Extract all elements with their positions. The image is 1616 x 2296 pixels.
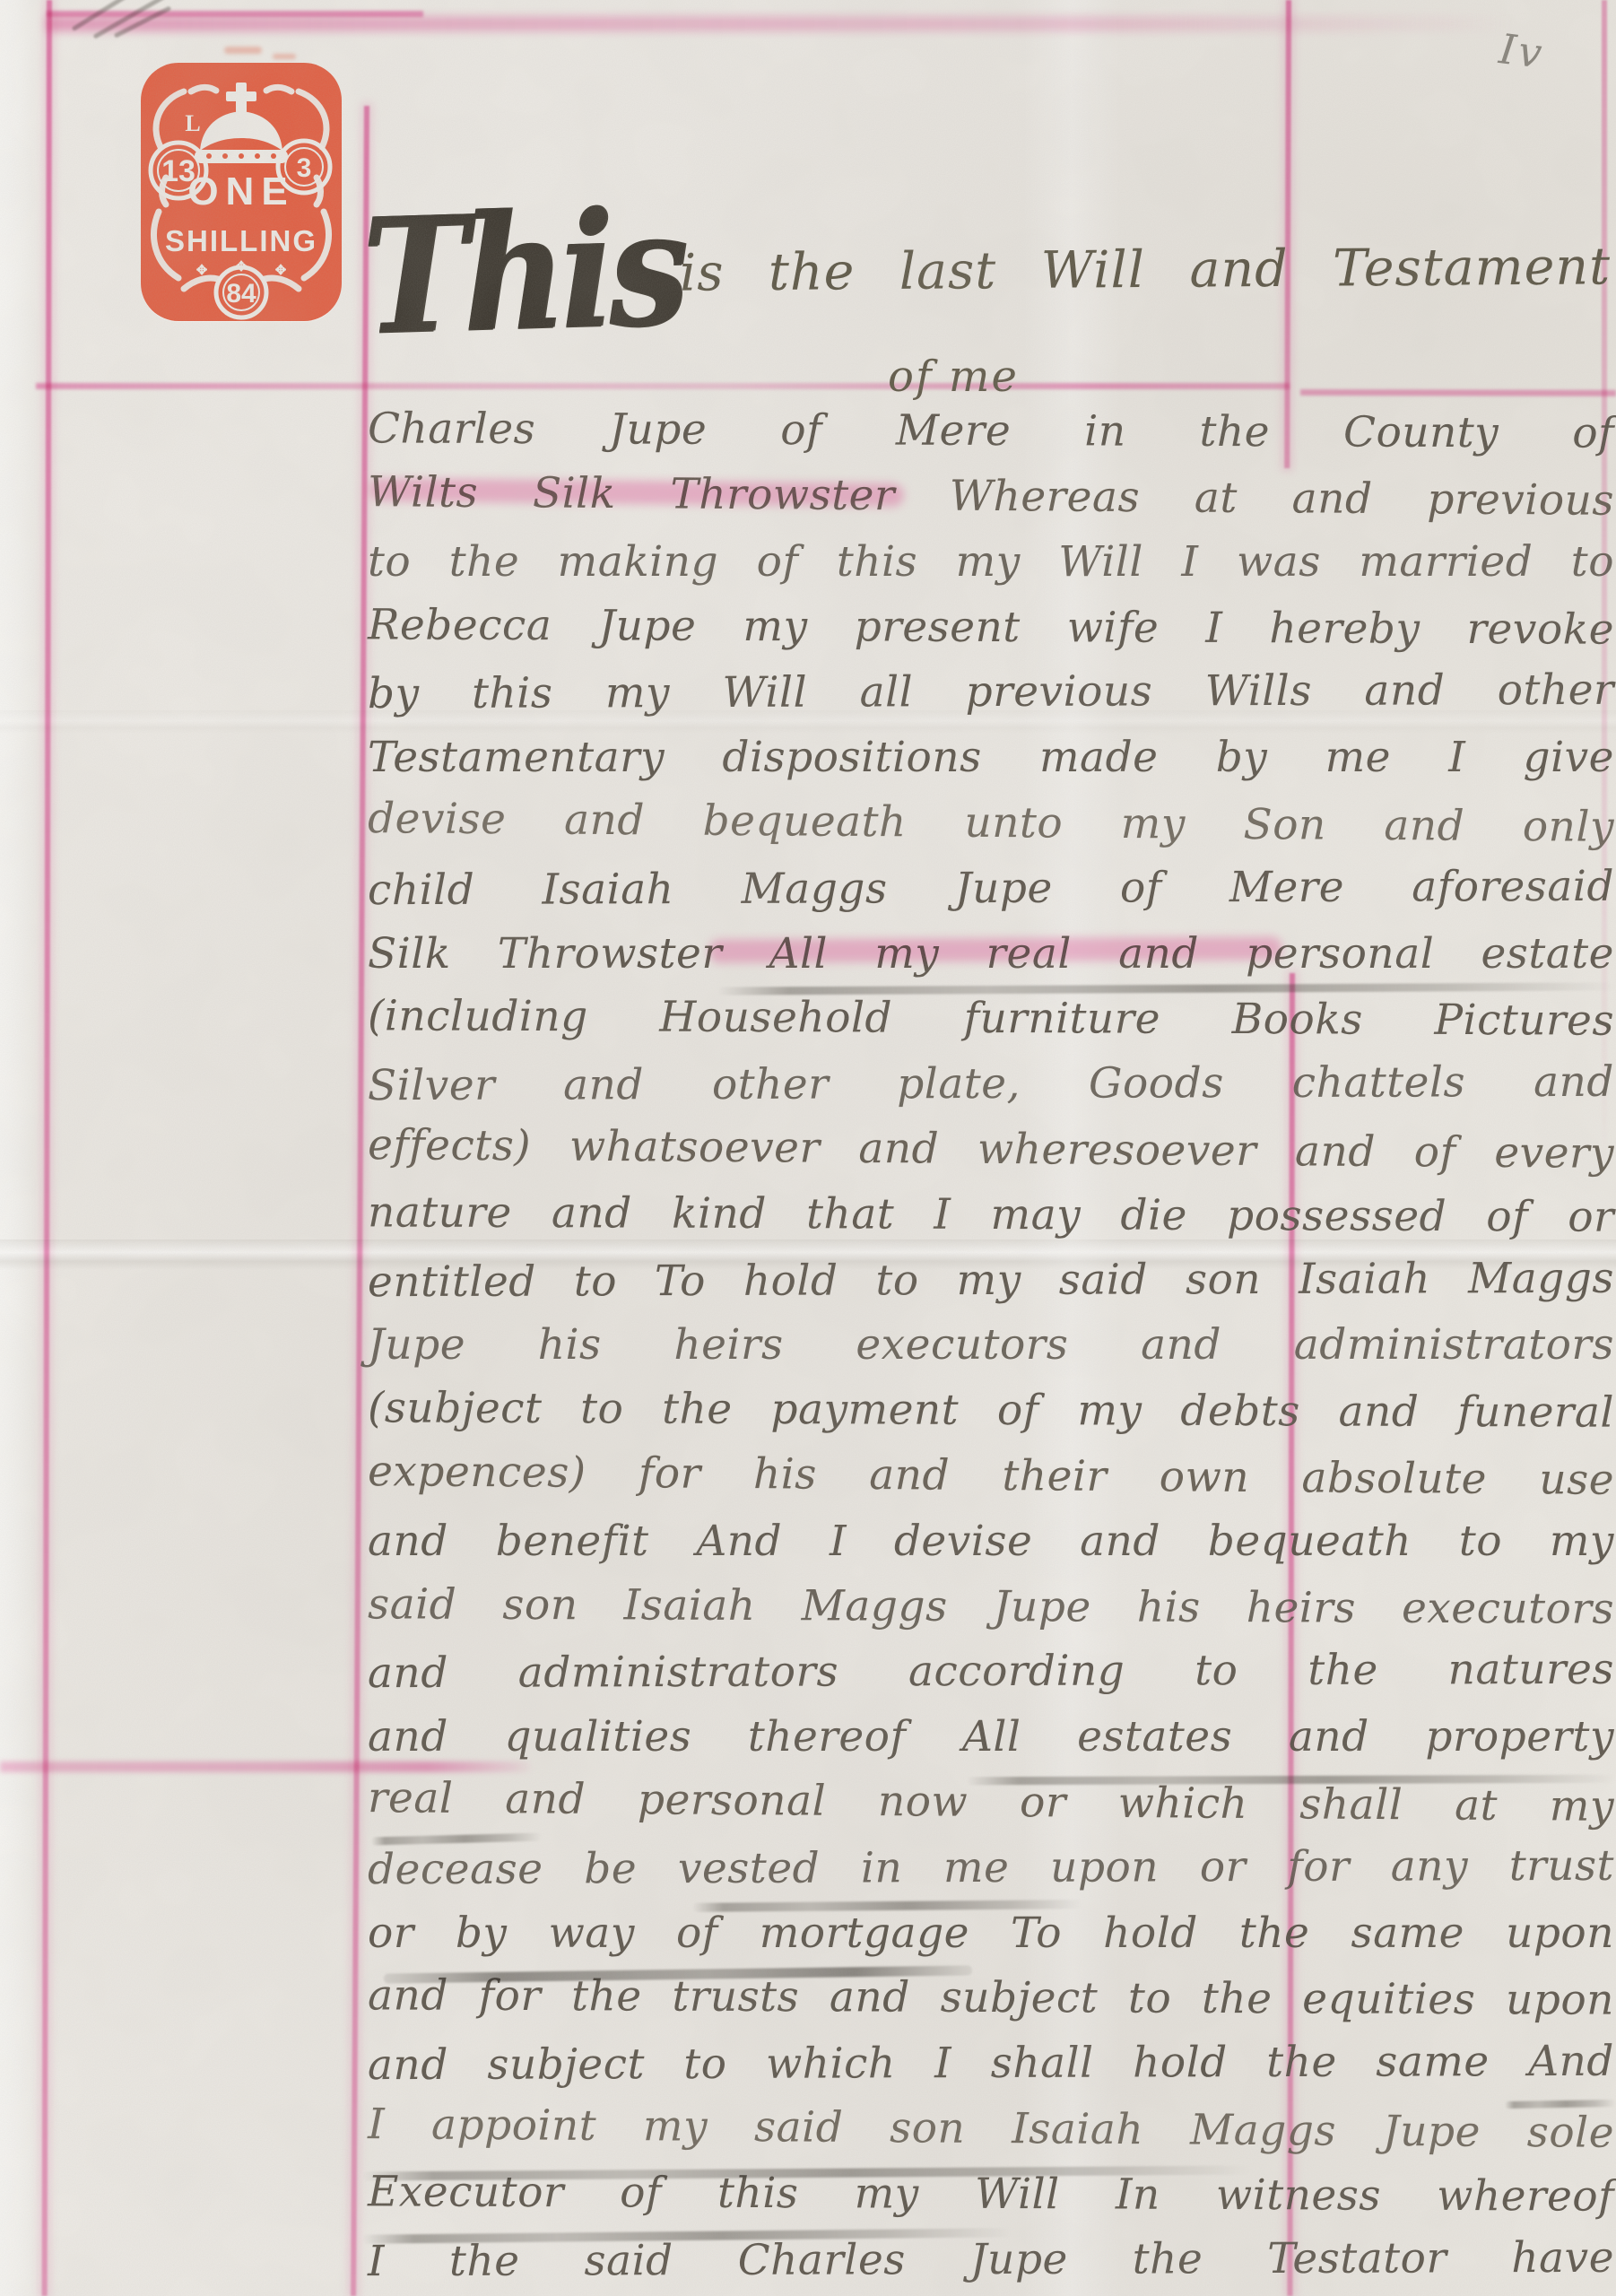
ruled-line-under-heading-right [1300,389,1616,396]
handwriting-line: nature and kind that I may die possessed… [368,1187,1614,1249]
paper-edge-highlight [0,0,32,2296]
handwriting-line: I the said Charles Jupe the Testator hav… [368,2233,1614,2294]
handwriting-line: or by way of mortgage To hold the same u… [368,1909,1614,1966]
stamp-duty-word-one: ONE [187,170,294,213]
handwriting-line: to the making of this my Will I was marr… [368,537,1614,595]
handwriting-line: child Isaiah Maggs Jupe of Mere aforesai… [368,862,1614,923]
handwriting-line: by this my Will all previous Wills and o… [368,665,1614,726]
heading-line: is the last Will and Testament [680,237,1611,302]
stamp-cross-ornament: ✥ [275,263,287,278]
stamp-letter: L [185,110,200,136]
ruled-line-under-heading-left [36,383,1290,389]
handwriting-line: effects) whatsoever and wheresoever and … [368,1120,1614,1187]
opening-word: This [361,176,685,371]
handwriting-line: (including Household furniture Books Pic… [368,991,1614,1053]
ruled-line-top-band [47,16,1513,31]
handwriting-line: I appoint my said son Isaiah Maggs Jupe … [368,2100,1614,2166]
stamp-cross-ornament: ✥ [196,263,208,278]
handwriting-line: Rebecca Jupe my present wife I hereby re… [368,600,1614,662]
handwriting-line: Executor of this my Will In witness wher… [368,2167,1614,2229]
handwriting-line: Charles Jupe of Mere in the County of [368,404,1614,465]
handwriting-line: Silk Throwster All my real and personal … [368,929,1614,987]
handwriting-line: and administrators according to the natu… [368,1645,1614,1706]
ruled-line-mid-vertical-upper [1284,0,1291,468]
ruled-line-margin-vertical [351,106,369,2296]
ruled-line-left-vertical [42,0,52,2296]
handwriting-line: real and personal now or which shall at … [368,1773,1614,1839]
heading-of-me: of me [888,352,1019,402]
handwriting-line: entitled to To hold to my said son Isaia… [368,1254,1614,1315]
stamp-number-bottom: 84 [226,279,256,309]
handwriting-line: devise and bequeath unto my Son and only [368,794,1614,860]
stamp-ink-speck [273,54,296,59]
handwriting-line: Wilts Silk Throwster Whereas at and prev… [368,467,1614,534]
stamp-cross-ornament: ✥ [236,259,248,274]
handwriting-line: (subject to the payment of my debts and … [368,1383,1614,1445]
stamp-ink-speck [224,47,262,54]
handwriting-line: said son Isaiah Maggs Jupe his heirs exe… [368,1579,1614,1641]
folio-pencil-mark: Iv [1497,24,1547,78]
handwriting-line: and benefit And I devise and bequeath to… [368,1517,1614,1574]
handwriting-line: expences) for his and their own absolute… [368,1447,1614,1513]
handwriting-line: Jupe his heirs executors and administrat… [368,1320,1614,1378]
handwriting-line: Silver and other plate, Goods chattels a… [368,1057,1614,1118]
scanned-will-page: 13 3 84 L ONE SHILLING ✥ ✥ ✥ Iv This is … [0,0,1616,2296]
revenue-stamp: 13 3 84 L ONE SHILLING ✥ ✥ ✥ [139,61,343,323]
handwriting-line: decease be vested in me upon or for any … [368,1841,1614,1902]
handwriting-line: and qualities thereof All estates and pr… [368,1712,1614,1770]
pencil-underline-real-and [371,1833,542,1846]
stamp-duty-word-shilling: SHILLING [165,224,317,257]
handwriting-line: Testamentary dispositions made by me I g… [368,733,1614,790]
stamp-number-right: 3 [297,153,312,183]
handwriting-line: and subject to which I shall hold the sa… [368,2037,1614,2098]
handwriting-line: and for the trusts and subject to the eq… [368,1970,1614,2032]
